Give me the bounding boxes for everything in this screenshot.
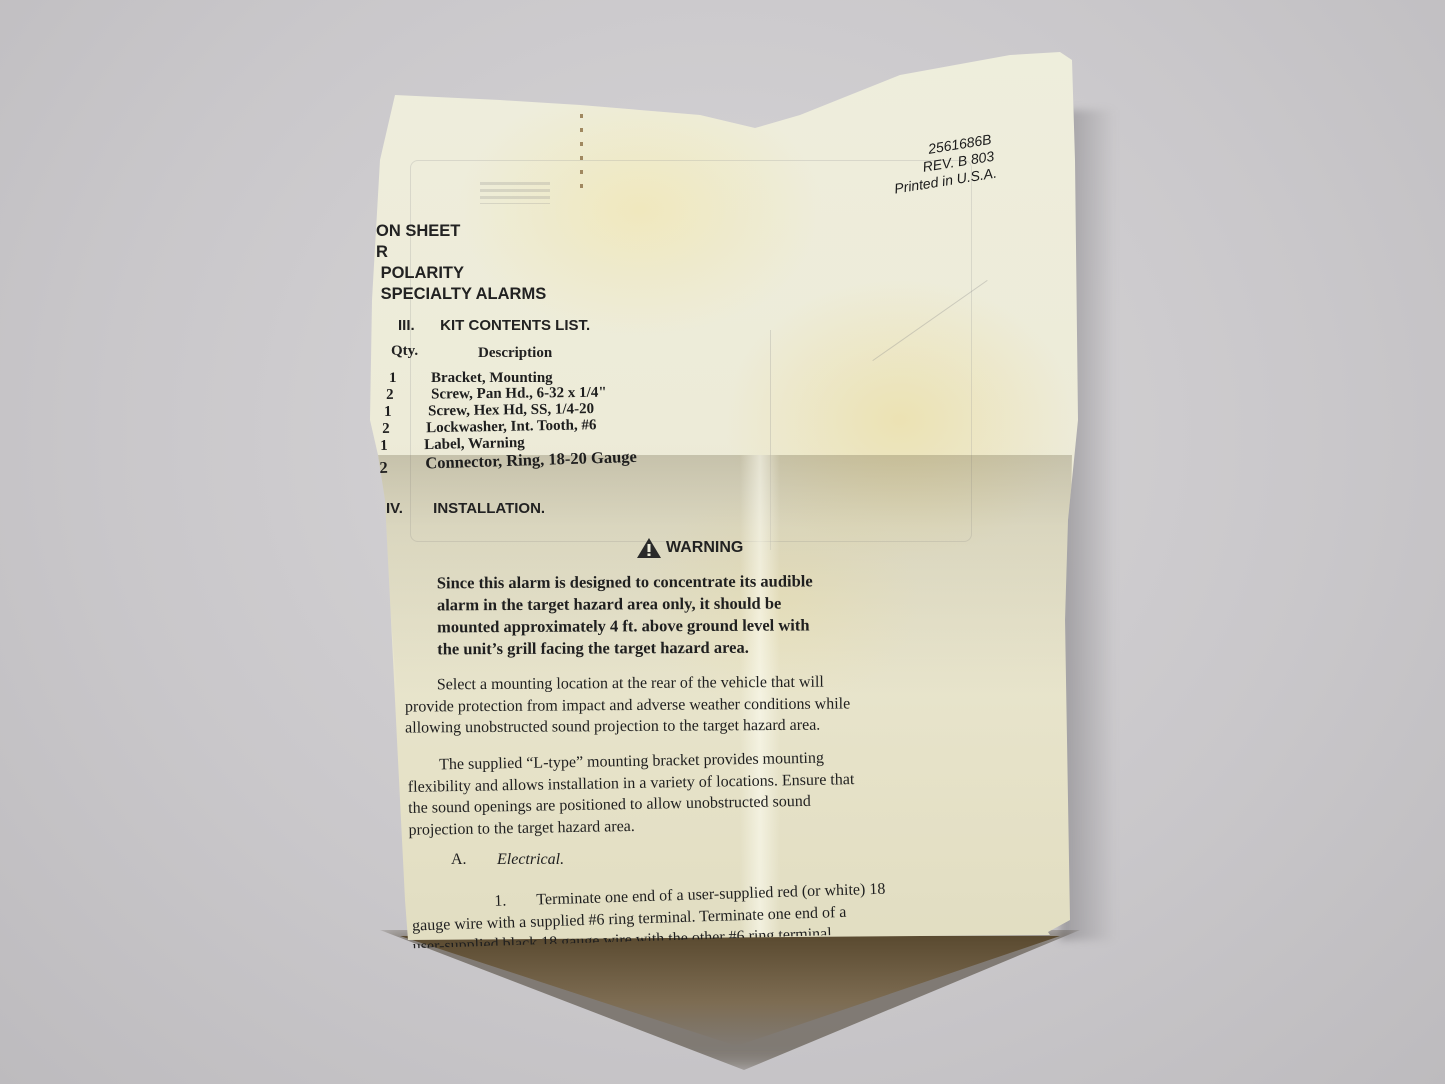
kit-item-qty: 2 bbox=[386, 387, 394, 404]
warning-line: mounted approximately 4 ft. above ground… bbox=[437, 614, 957, 639]
faint-diagram-label bbox=[480, 182, 550, 204]
warning-header: WARNING bbox=[636, 537, 743, 559]
kit-item-qty: 1 bbox=[384, 404, 392, 421]
subsection-title: Electrical. bbox=[497, 851, 564, 868]
kit-item-qty: 2 bbox=[379, 458, 388, 478]
title-line: POLARITY bbox=[376, 263, 546, 284]
title-line: SPECIALTY ALARMS bbox=[376, 284, 546, 305]
kit-item-description: Lockwasher, Int. Tooth, #6 bbox=[426, 417, 597, 437]
warning-triangle-icon bbox=[636, 537, 662, 559]
perforation-marks bbox=[580, 100, 583, 190]
description-column-header: Description bbox=[478, 345, 552, 362]
warning-line: Since this alarm is designed to concentr… bbox=[437, 570, 957, 595]
paragraph-line: provide protection from impact and adver… bbox=[405, 693, 850, 718]
section-title: INSTALLATION. bbox=[433, 500, 545, 517]
qty-column-header: Qty. bbox=[391, 343, 418, 360]
kit-contents-heading: III. KIT CONTENTS LIST. bbox=[398, 317, 590, 334]
warning-title: WARNING bbox=[666, 539, 743, 557]
kit-item-qty: 1 bbox=[380, 438, 388, 455]
kit-item-qty: 1 bbox=[389, 370, 397, 387]
step-number: 1. bbox=[494, 890, 537, 913]
document-title: ON SHEET R POLARITY SPECIALTY ALARMS bbox=[376, 221, 546, 305]
section-number: IV. bbox=[386, 500, 429, 517]
warning-text: Since this alarm is designed to concentr… bbox=[437, 570, 957, 661]
bracket-paragraph: The supplied “L-type” mounting bracket p… bbox=[407, 747, 855, 841]
warning-line: alarm in the target hazard area only, it… bbox=[437, 592, 957, 617]
paragraph-line: Select a mounting location at the rear o… bbox=[405, 671, 850, 696]
section-title: KIT CONTENTS LIST. bbox=[440, 317, 590, 334]
title-line: ON SHEET bbox=[376, 221, 546, 242]
warning-line: the unit’s grill facing the target hazar… bbox=[437, 636, 957, 661]
subsection-letter: A. bbox=[451, 851, 493, 869]
mounting-location-paragraph: Select a mounting location at the rear o… bbox=[405, 671, 851, 739]
kit-item-qty: 2 bbox=[382, 421, 390, 438]
title-line: R bbox=[376, 242, 546, 263]
electrical-subheading: A. Electrical. bbox=[451, 851, 564, 869]
installation-heading: IV. INSTALLATION. bbox=[386, 500, 545, 517]
paragraph-line: allowing unobstructed sound projection t… bbox=[405, 714, 850, 739]
section-number: III. bbox=[398, 317, 436, 334]
